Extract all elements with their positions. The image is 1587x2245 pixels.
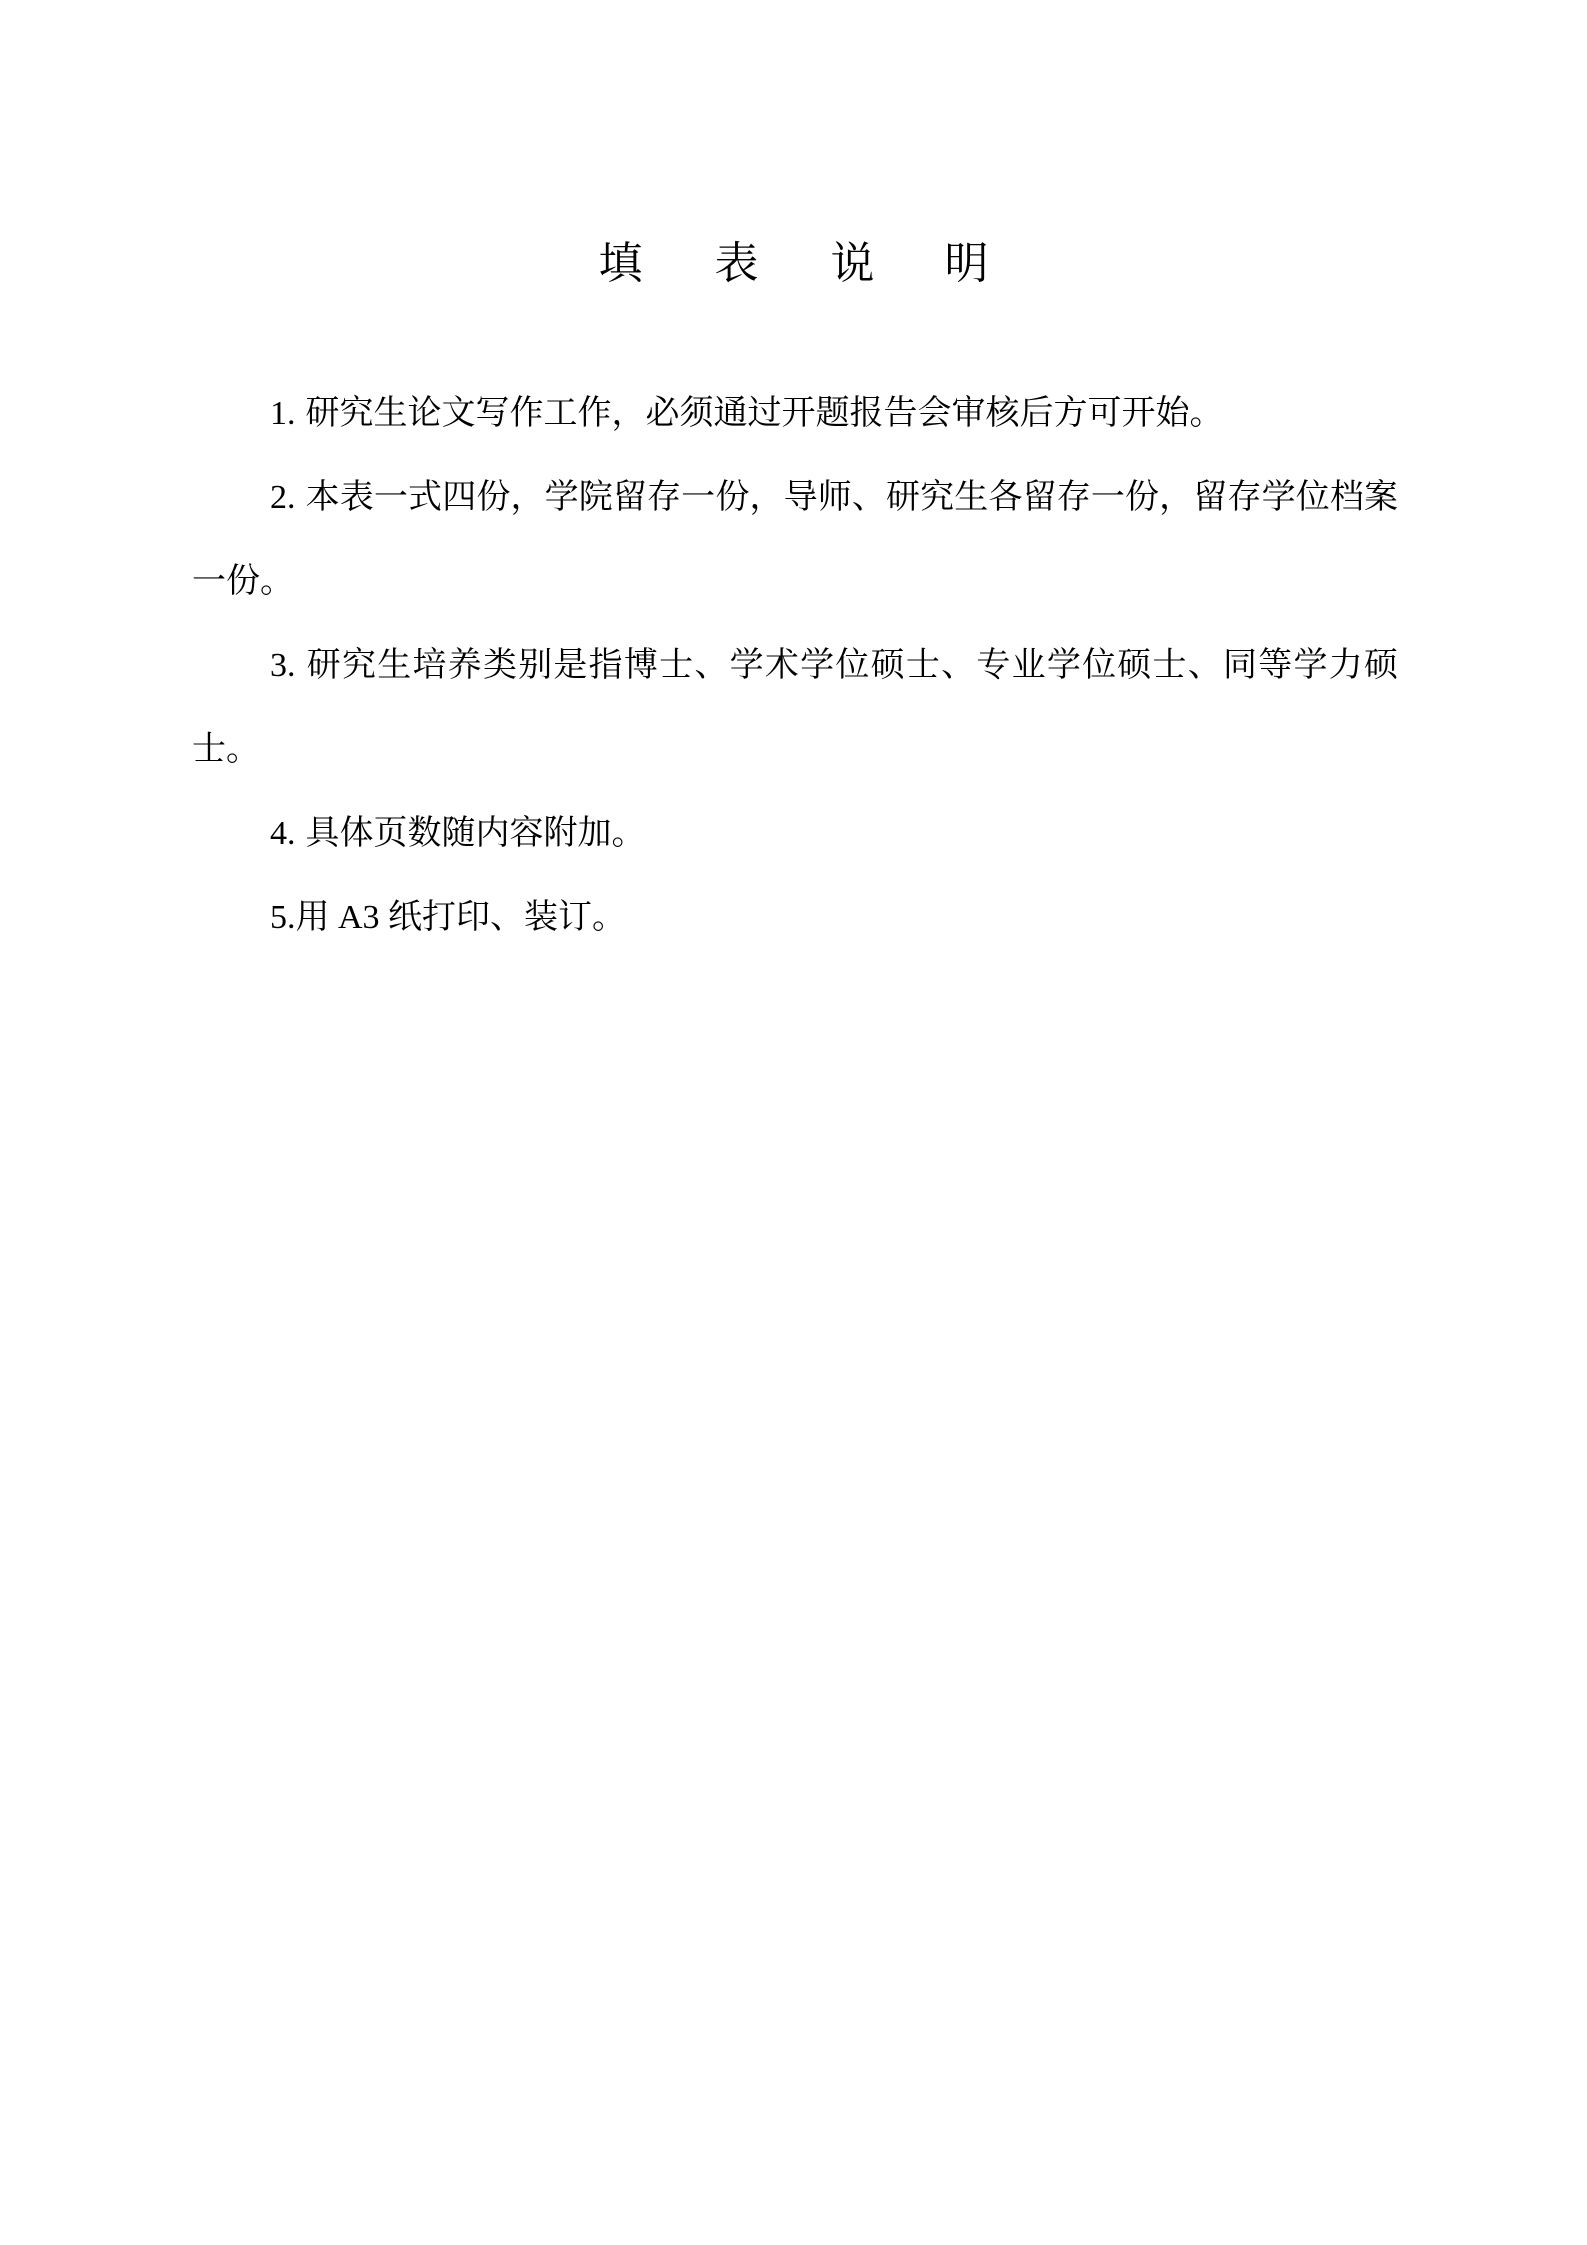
item-number: 2. [270,479,296,516]
title-char: 填 [599,234,643,294]
document-page: 填表说明 1.研究生论文写作工作，必须通过开题报告会审核后方可开始。 2.本表一… [0,0,1587,2245]
instruction-item-2: 2.本表一式四份，学院留存一份，导师、研究生各留存一份，留存学位档案一份。 [192,456,1398,624]
item-text: 研究生论文写作工作，必须通过开题报告会审核后方可开始。 [306,395,1224,432]
title-char: 说 [831,234,875,294]
instruction-item-1: 1.研究生论文写作工作，必须通过开题报告会审核后方可开始。 [192,372,1398,456]
title-char: 表 [715,234,759,294]
instruction-item-4: 4.具体页数随内容附加。 [192,792,1398,876]
item-number: 1. [270,395,296,432]
item-number: 4. [270,815,296,852]
item-number: 5. [270,899,296,936]
item-number: 3. [270,647,296,684]
item-text: 本表一式四份，学院留存一份，导师、研究生各留存一份，留存学位档案一份。 [192,479,1398,600]
item-text: 具体页数随内容附加。 [306,815,646,852]
item-text: 研究生培养类别是指博士、学术学位硕士、专业学位硕士、同等学力硕士。 [192,647,1398,768]
page-title: 填表说明 [0,234,1587,294]
instruction-item-3: 3.研究生培养类别是指博士、学术学位硕士、专业学位硕士、同等学力硕士。 [192,624,1398,792]
title-char: 明 [945,234,989,294]
item-text: 用 A3 纸打印、装订。 [296,899,627,936]
instructions-list: 1.研究生论文写作工作，必须通过开题报告会审核后方可开始。 2.本表一式四份，学… [192,372,1398,960]
instruction-item-5: 5.用 A3 纸打印、装订。 [192,876,1398,960]
